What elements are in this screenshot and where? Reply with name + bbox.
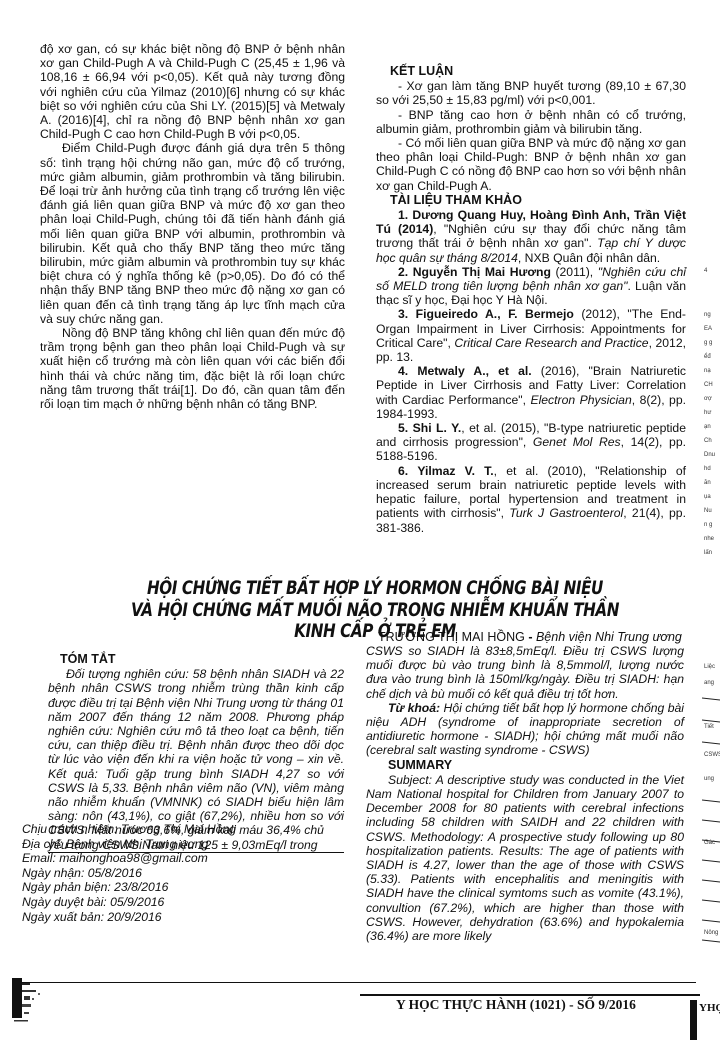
- reference-number: 5.: [398, 421, 408, 435]
- author-affiliation: Bệnh viện Nhi Trung ương: [536, 630, 682, 644]
- reference-number: 4.: [398, 364, 408, 378]
- edge-text: Ch: [704, 438, 712, 445]
- edge-text: nạ: [704, 368, 711, 375]
- reference-source: Electron Physician: [530, 393, 631, 407]
- correspondence-block: Chịu trách nhiệm: Trương Thị Mai Hồng Đị…: [22, 822, 342, 924]
- responsible-author: Chịu trách nhiệm: Trương Thị Mai Hồng: [22, 822, 342, 837]
- reference-source: Turk J Gastroenterol: [509, 506, 623, 520]
- edge-text: EA: [704, 326, 712, 333]
- discussion-paragraph-3: Nồng độ BNP tăng không chỉ liên quan đến…: [40, 326, 345, 411]
- adjacent-table-lines: [702, 690, 720, 990]
- date-received: Ngày nhận: 05/8/2016: [22, 866, 342, 881]
- edge-text: g g: [704, 340, 712, 347]
- scan-artifact: [10, 976, 60, 1026]
- reference-authors: Yilmaz V. T.: [417, 464, 493, 478]
- edge-text: ểđ: [704, 354, 711, 361]
- discussion-paragraph-2: Điểm Child-Pugh được đánh giá dựa trên 5…: [40, 141, 345, 326]
- summary-heading: SUMMARY: [366, 758, 684, 772]
- author-name: TRƯƠNG THỊ MAI HỒNG: [378, 630, 525, 644]
- date-reviewed: Ngày phản biện: 23/8/2016: [22, 880, 342, 895]
- edge-text: CH: [704, 382, 713, 389]
- reference-authors: Metwaly A., et al.: [417, 364, 531, 378]
- edge-text: ụa: [704, 494, 711, 501]
- conclusion-item: - BNP tăng cao hơn ở bệnh nhân có cổ trư…: [376, 108, 686, 136]
- article-author: TRƯƠNG THỊ MAI HỒNG - Bệnh viện Nhi Trun…: [378, 630, 698, 644]
- reference-authors: Shi L. Y.: [413, 421, 462, 435]
- edge-text: ng: [704, 312, 711, 319]
- reference-authors: Nguyễn Thị Mai Hương: [413, 265, 551, 279]
- edge-text: nhe: [704, 536, 714, 543]
- edge-text: Dnu: [704, 452, 715, 459]
- edge-text: Liệc: [704, 664, 715, 671]
- reference-item: 2. Nguyễn Thị Mai Hương (2011), "Nghiên …: [376, 265, 686, 308]
- date-published: Ngày xuất bản: 20/9/2016: [22, 910, 342, 925]
- abstract-continued-text: CSWS so SIADH là 83±8,5mEq/l. Điều trị C…: [366, 644, 684, 701]
- references-heading: TÀI LIỆU THAM KHẢO: [376, 193, 686, 207]
- abstract-continued-column: CSWS so SIADH là 83±8,5mEq/l. Điều trị C…: [366, 644, 684, 943]
- conclusion-item: - Có mối liên quan giữa BNP và mức độ nặ…: [376, 136, 686, 193]
- reference-item: 4. Metwaly A., et al. (2016), "Brain Nat…: [376, 364, 686, 421]
- reference-item: 1. Dương Quang Huy, Hoàng Đình Anh, Trần…: [376, 208, 686, 265]
- page-edge-shadow: [690, 1000, 697, 1040]
- reference-number: 3.: [398, 307, 408, 321]
- edge-text: hd: [704, 466, 711, 473]
- footer-rule: [16, 982, 696, 983]
- adjacent-page-edge: 4 ng EA g g ểđ nạ CH ơợ hư ạn Ch Dnu hd …: [702, 0, 720, 1043]
- edge-text: lấn: [704, 550, 712, 557]
- summary-text: Subject: A descriptive study was conduct…: [366, 773, 684, 943]
- reference-number: 1.: [398, 208, 408, 222]
- reference-number: 2.: [398, 265, 408, 279]
- reference-tail: , NXB Quân đội nhân dân.: [518, 251, 660, 265]
- reference-item: 3. Figueiredo A., F. Bermejo (2012), "Th…: [376, 307, 686, 364]
- conclusion-heading: KẾT LUẬN: [376, 64, 686, 78]
- reference-title: (2011),: [551, 265, 598, 279]
- discussion-column: độ xơ gan, có sự khác biệt nồng độ BNP ở…: [40, 42, 345, 411]
- article-title-line-1: HỘI CHỨNG TIẾT BẤT HỢP LÝ HORMON CHỐNG B…: [117, 578, 634, 599]
- adjacent-page-footer: YHỌCT: [690, 1000, 720, 1043]
- conclusion-references-column: KẾT LUẬN - Xơ gan làm tăng BNP huyết tươ…: [376, 64, 686, 535]
- adjacent-footer-text: YHỌCT: [699, 1002, 720, 1014]
- conclusion-item: - Xơ gan làm tăng BNP huyết tương (89,10…: [376, 79, 686, 107]
- keywords-label: Từ khoá:: [388, 701, 440, 715]
- edge-text: 4: [704, 268, 707, 275]
- date-approved: Ngày duyệt bài: 05/9/2016: [22, 895, 342, 910]
- edge-text: n g: [704, 522, 712, 529]
- journal-footer: Y HỌC THỰC HÀNH (1021) - SỐ 9/2016: [396, 997, 636, 1013]
- reference-item: 5. Shi L. Y., et al. (2015), "B-type nat…: [376, 421, 686, 464]
- reference-item: 6. Yilmaz V. T., et al. (2010), "Relatio…: [376, 464, 686, 535]
- author-address: Địa chỉ: Bệnh viện Nhi Trung ương: [22, 837, 342, 852]
- edge-text: ang: [704, 680, 714, 687]
- abstract-text: Đối tượng nghiên cứu: 58 bệnh nhân SIADH…: [48, 667, 344, 837]
- keywords: Từ khoá: Hội chứng tiết bất hợp lý hormo…: [366, 701, 684, 758]
- author-separator: -: [525, 630, 536, 644]
- footer-rule-thick: [360, 994, 700, 996]
- reference-source: Genet Mol Res: [533, 435, 621, 449]
- edge-text: ăn: [704, 480, 711, 487]
- abstract-heading: TÓM TẮT: [48, 652, 344, 666]
- reference-authors: Figueiredo A., F. Bermejo: [416, 307, 574, 321]
- edge-text: ạn: [704, 424, 711, 431]
- reference-number: 6.: [398, 464, 408, 478]
- edge-text: hư: [704, 410, 711, 417]
- reference-source: Critical Care Research and Practice: [454, 336, 648, 350]
- edge-text: Nu: [704, 508, 712, 515]
- edge-text: ơợ: [704, 396, 712, 403]
- discussion-paragraph-1: độ xơ gan, có sự khác biệt nồng độ BNP ở…: [40, 42, 345, 141]
- author-email[interactable]: Email: maihonghoa98@gmail.com: [22, 851, 342, 866]
